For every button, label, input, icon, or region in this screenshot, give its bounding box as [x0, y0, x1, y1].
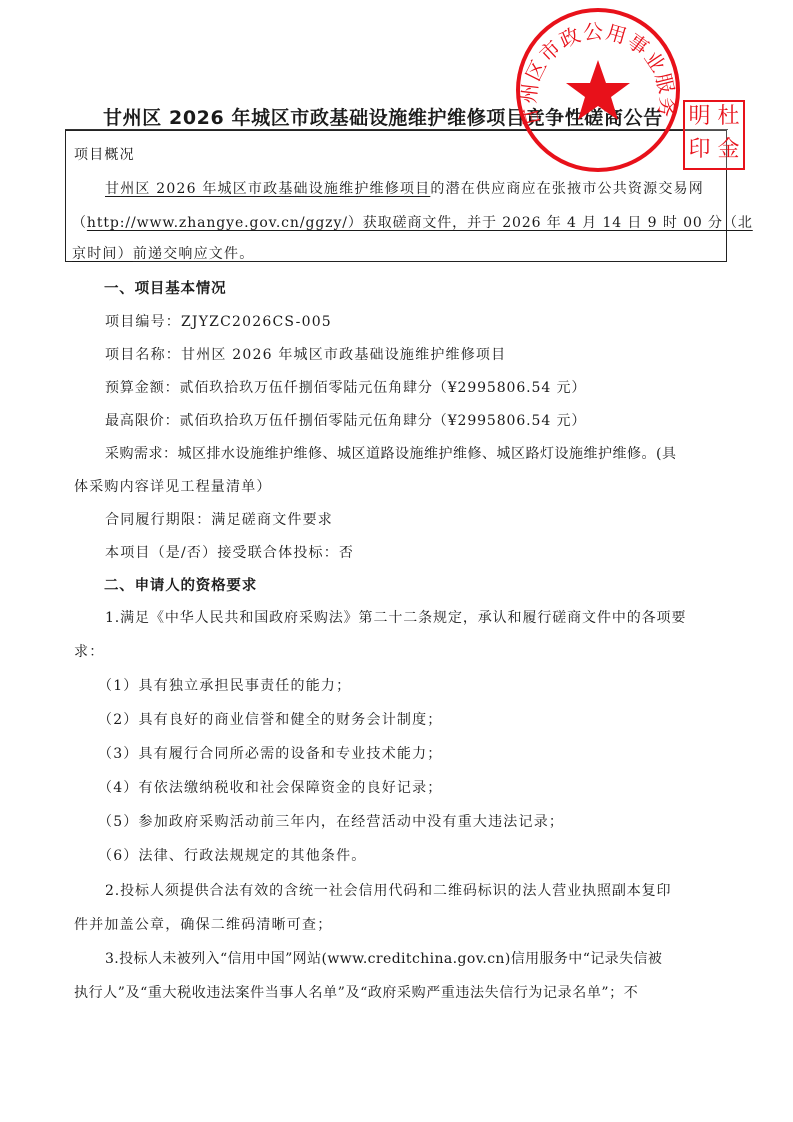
project-number: 项目编号：ZJYZC2026CS-005 [105, 311, 332, 331]
qualification-item: （4）有依法缴纳税收和社会保障资金的良好记录； [98, 777, 443, 797]
overview-line-3: 京时间）前递交响应文件。 [72, 243, 254, 263]
overview-label: 项目概况 [74, 144, 135, 164]
qualification-item: （1）具有独立承担民事责任的能力； [98, 675, 351, 695]
overview-line-2: （http://www.zhangye.gov.cn/ggzy/）获取磋商文件，… [72, 212, 753, 232]
requirement-3-line-2: 执行人”及“重大税收违法案件当事人名单”及“政府采购严重违法失信行为记录名单”；… [74, 982, 638, 1002]
project-name-link: 甘州区 2026 年城区市政基础设施维护维修项目 [105, 181, 430, 197]
qualification-item: （2）具有良好的商业信誉和健全的财务会计制度； [98, 709, 443, 729]
procurement-demand-1: 采购需求：城区排水设施维护维修、城区道路设施维护维修、城区路灯设施维护维修。(具 [105, 443, 676, 463]
contract-period: 合同履行期限：满足磋商文件要求 [105, 509, 333, 529]
ggzy-url-link[interactable]: http://www.zhangye.gov.cn/ggzy/）获取磋商文件，并… [87, 215, 753, 231]
section-2-heading: 二、申请人的资格要求 [104, 574, 257, 595]
consortium-bidding: 本项目（是/否）接受联合体投标：否 [105, 542, 354, 562]
requirement-2-line-2: 件并加盖公章，确保二维码清晰可查； [74, 914, 332, 934]
section-1-heading: 一、项目基本情况 [104, 277, 226, 298]
requirement-1-line-1: 1.满足《中华人民共和国政府采购法》第二十二条规定，承认和履行磋商文件中的各项要 [105, 607, 686, 627]
qualification-item: （5）参加政府采购活动前三年内，在经营活动中没有重大违法记录； [98, 811, 564, 831]
official-seal-icon: 甘州区市政公用事业服务中心 [513, 5, 683, 175]
requirement-1-line-2: 求： [74, 641, 104, 661]
personal-stamp-icon: 明 杜 印 金 [683, 100, 745, 170]
overview-line-1: 甘州区 2026 年城区市政基础设施维护维修项目的潜在供应商应在张掖市公共资源交… [105, 178, 704, 198]
project-name: 项目名称：甘州区 2026 年城区市政基础设施维护维修项目 [105, 344, 506, 364]
qualification-item: （3）具有履行合同所必需的设备和专业技术能力； [98, 743, 443, 763]
procurement-demand-2: 体采购内容详见工程量清单） [74, 476, 272, 496]
max-price: 最高限价：贰佰玖拾玖万伍仟捌佰零陆元伍角肆分（¥2995806.54 元） [105, 410, 586, 430]
qualification-item: （6）法律、行政法规规定的其他条件。 [98, 845, 367, 865]
budget-amount: 预算金额：贰佰玖拾玖万伍仟捌佰零陆元伍角肆分（¥2995806.54 元） [105, 377, 586, 397]
requirement-2-line-1: 2.投标人须提供合法有效的含统一社会信用代码和二维码标识的法人营业执照副本复印 [105, 880, 671, 900]
requirement-3-line-1: 3.投标人未被列入“信用中国”网站(www.creditchina.gov.cn… [105, 948, 662, 968]
